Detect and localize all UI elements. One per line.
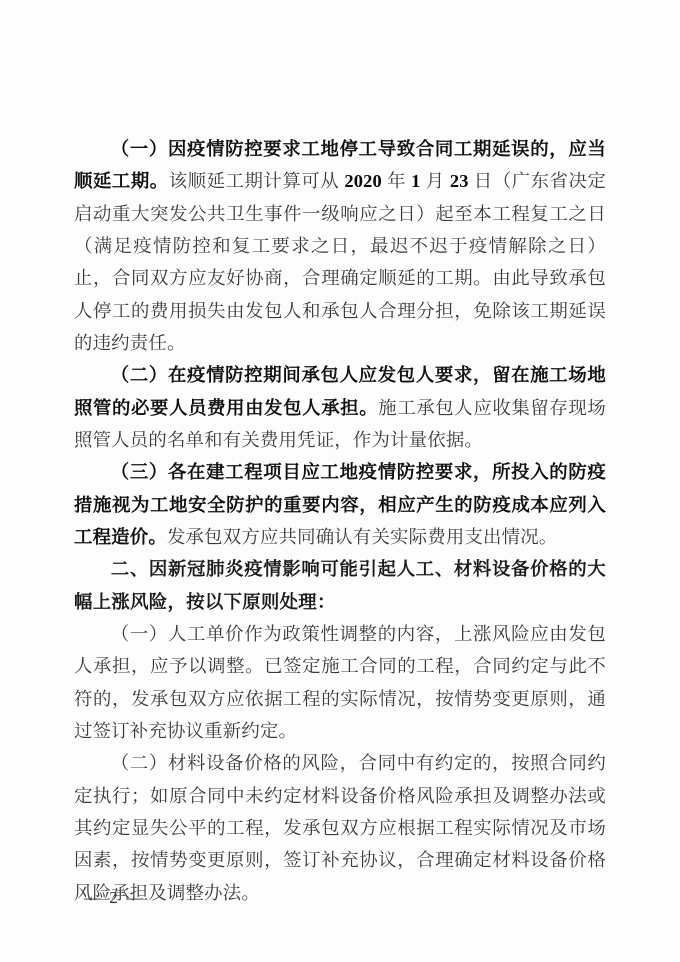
- text-run: 发承包双方应共同确认有关实际费用支出情况。: [167, 527, 557, 547]
- paragraph-section2-heading: 二、因新冠肺炎疫情影响可能引起人工、材料设备价格的大幅上涨风险，按以下原则处理：: [74, 553, 606, 618]
- text-run: （二）材料设备价格的风险，合同中有约定的，按照合同约定执行；如原合同中未约定材料…: [74, 753, 606, 902]
- paragraph-section2-clause1: （一）人工单价作为政策性调整的内容，上涨风险应由发包人承担，应予以调整。已签定施…: [74, 618, 606, 747]
- document-body: （一）因疫情防控要求工地停工导致合同工期延误的，应当顺延工期。该顺延工期计算可从…: [74, 133, 606, 909]
- page-number: — 2 —: [84, 888, 145, 908]
- text-run: 2020: [344, 171, 382, 191]
- text-run: 二、因新冠肺炎疫情影响可能引起人工、材料设备价格的大幅上涨风险，按以下原则处理：: [74, 558, 606, 611]
- text-run: 月: [421, 171, 450, 191]
- text-run: （一）人工单价作为政策性调整的内容，上涨风险应由发包人承担，应予以调整。已签定施…: [74, 624, 606, 741]
- text-run: 年: [382, 171, 411, 191]
- text-run: 该顺延工期计算可从: [169, 171, 345, 191]
- paragraph-section1-clause2: （二）在疫情防控期间承包人应发包人要求，留在施工场地照管的必要人员费用由发包人承…: [74, 359, 606, 456]
- text-run: 日（广东省决定启动重大突发公共卫生事件一级响应之日）起至本工程复工之日（满足疫情…: [74, 171, 606, 353]
- text-run: 1: [411, 171, 420, 191]
- text-run: 23: [450, 171, 469, 191]
- paragraph-section1-clause1: （一）因疫情防控要求工地停工导致合同工期延误的，应当顺延工期。该顺延工期计算可从…: [74, 133, 606, 359]
- paragraph-section2-clause2: （二）材料设备价格的风险，合同中有约定的，按照合同约定执行；如原合同中未约定材料…: [74, 747, 606, 909]
- paragraph-section1-clause3: （三）各在建工程项目应工地疫情防控要求，所投入的防疫措施视为工地安全防护的重要内…: [74, 456, 606, 553]
- scanned-document-page: （一）因疫情防控要求工地停工导致合同工期延误的，应当顺延工期。该顺延工期计算可从…: [0, 0, 680, 962]
